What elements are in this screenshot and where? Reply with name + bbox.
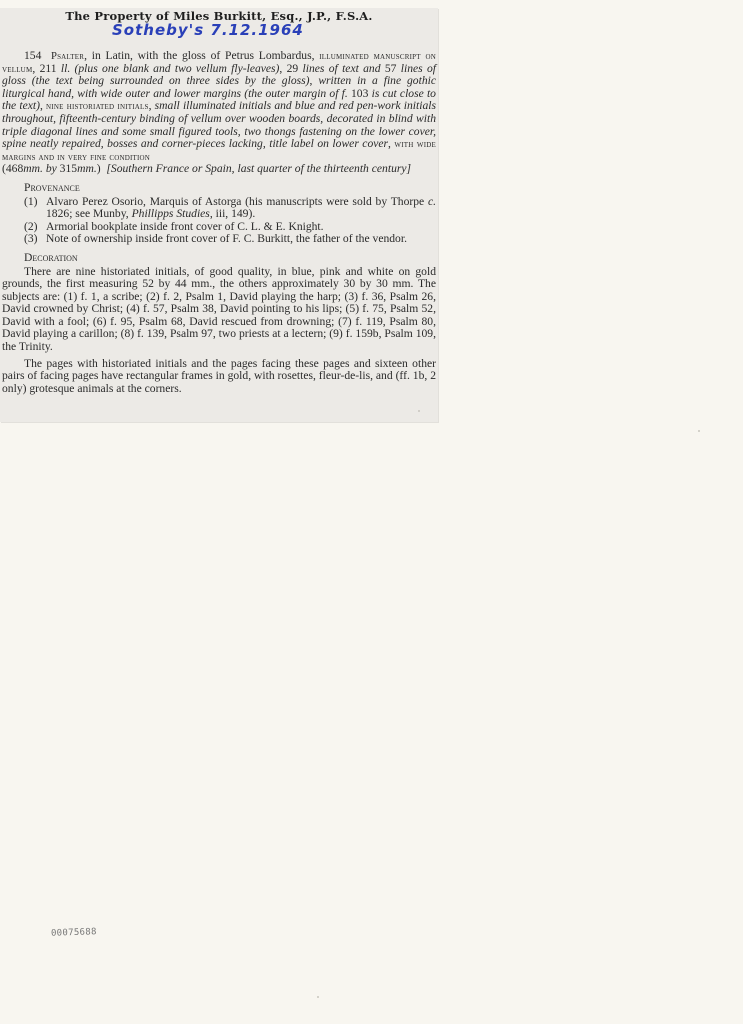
paper-speck — [418, 410, 420, 412]
lot-detail-segment: , — [310, 74, 319, 87]
lot-description: 154 Psalter, in Latin, with the gloss of… — [2, 50, 436, 395]
lot-detail-segment: nine historiated initials — [46, 100, 149, 112]
handwritten-sale-note: Sotheby's 7.12.1964 — [112, 21, 304, 39]
provenance-list: (1)Alvaro Perez Osorio, Marquis of Astor… — [2, 196, 436, 246]
lot-detail-segment: , 211 — [32, 62, 61, 75]
provenance-item-text: Alvaro Perez Osorio, Marquis of Astorga … — [46, 195, 436, 221]
lot-detail-segment: , in Latin, with the gloss of Petrus Lom… — [84, 49, 319, 62]
lot-detail-segment: 57 — [385, 62, 401, 75]
paper-speck — [317, 996, 319, 998]
lot-entry: 154 Psalter, in Latin, with the gloss of… — [2, 50, 436, 176]
lot-detail-segment: , 29 — [279, 62, 302, 75]
lot-number: 154 — [24, 49, 41, 62]
lot-detail-segment: lines of text and — [303, 62, 385, 75]
lot-detail-segment: ll. (plus one blank and two vellum fly-l… — [61, 62, 280, 75]
lot-title: Psalter — [51, 50, 84, 62]
decoration-paragraph-1: There are nine historiated initials, of … — [2, 266, 436, 354]
paper-speck — [698, 430, 700, 432]
lot-detail-segment: 103 — [351, 87, 372, 100]
provenance-item-text: Note of ownership inside front cover of … — [46, 232, 407, 245]
lot-dimensions: (468mm. by 315mm.) — [2, 162, 101, 175]
decoration-heading: Decoration — [24, 252, 436, 265]
archive-stamp-number: 00075688 — [51, 927, 97, 939]
lot-origin: [Southern France or Spain, last quarter … — [106, 162, 411, 175]
provenance-item-text: Armorial bookplate inside front cover of… — [46, 220, 324, 233]
decoration-paragraph-2: The pages with historiated initials and … — [2, 358, 436, 396]
provenance-item: (1)Alvaro Perez Osorio, Marquis of Astor… — [24, 196, 436, 221]
provenance-heading: Provenance — [24, 182, 436, 195]
provenance-item: (3)Note of ownership inside front cover … — [24, 233, 436, 246]
provenance-item-number: (3) — [24, 233, 38, 246]
lot-details: , in Latin, with the gloss of Petrus Lom… — [2, 49, 436, 163]
provenance-item-number: (1) — [24, 196, 38, 209]
